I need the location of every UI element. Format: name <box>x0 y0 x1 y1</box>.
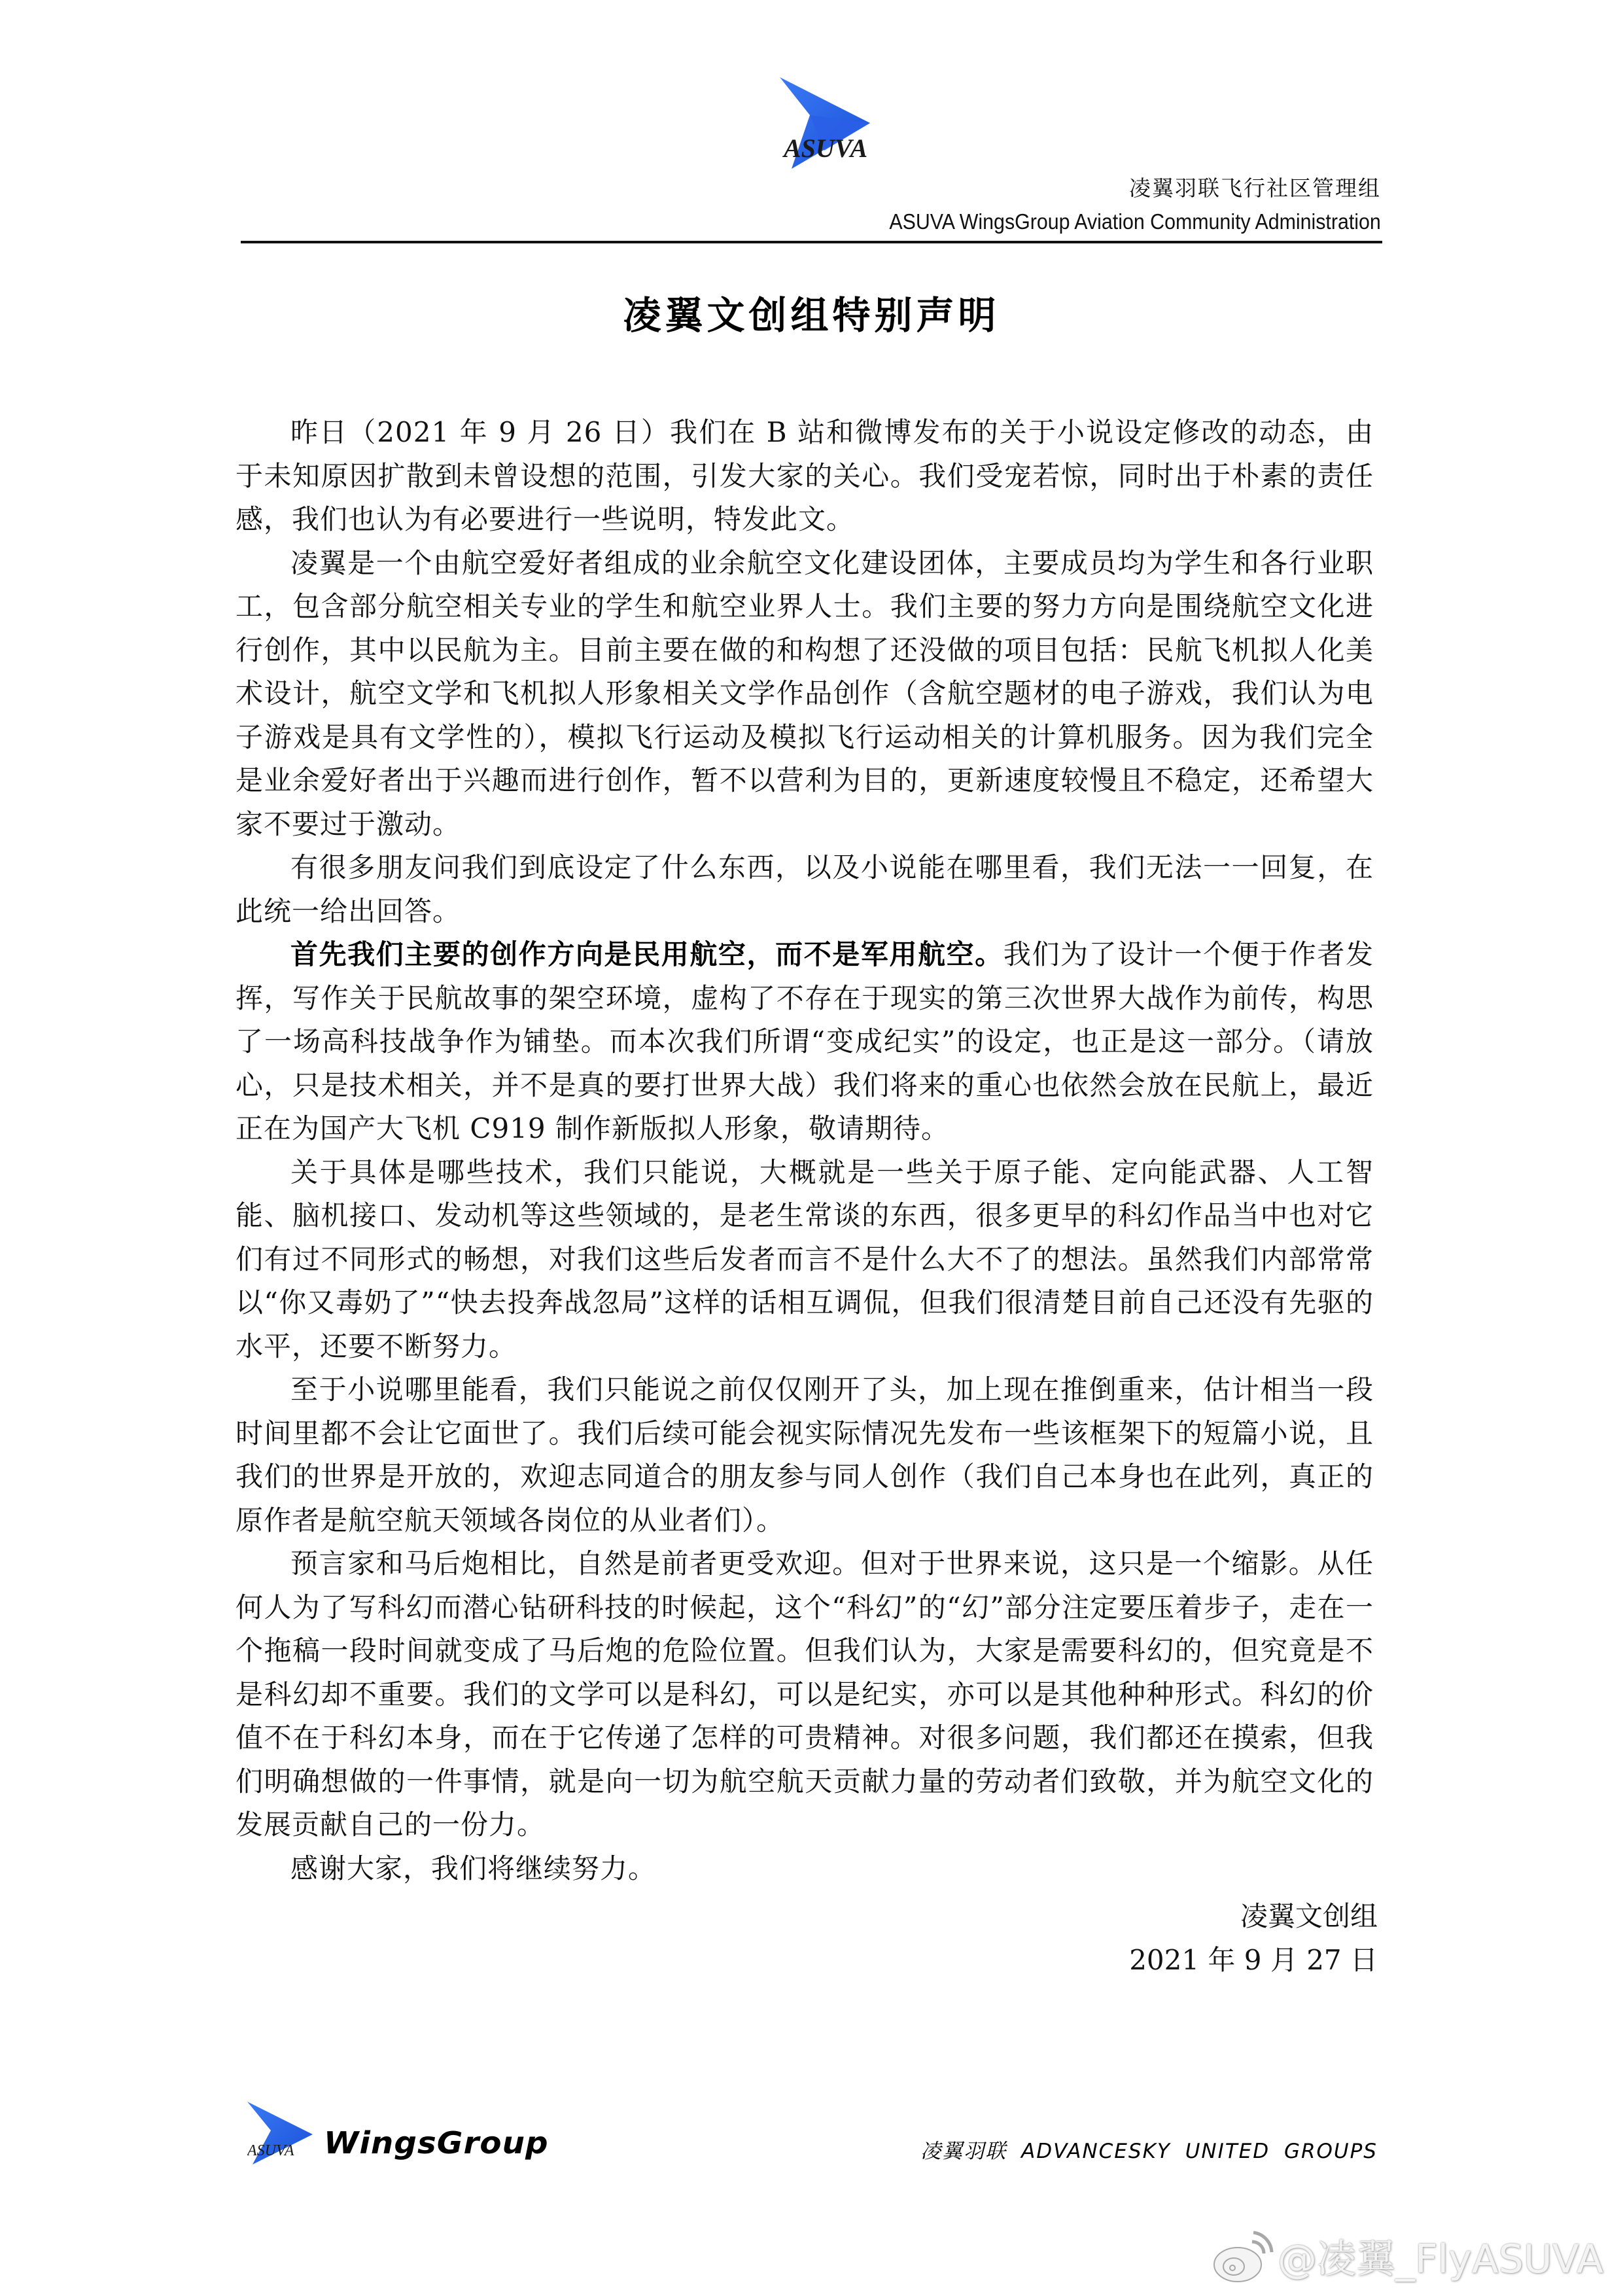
watermark-handle: @凌翼_FlyASUVA <box>1278 2228 1603 2284</box>
document-title: 凌翼文创组特别声明 <box>0 285 1623 340</box>
wingsgroup-wordmark: WingsGroup <box>324 2125 549 2161</box>
signature-author: 凌翼文创组 <box>1129 1894 1378 1938</box>
paragraph-6: 至于小说哪里能看，我们只能说之前仅仅刚开了头，加上现在推倒重来，估计相当一段时间… <box>236 1368 1374 1542</box>
paragraph-text: 感谢大家，我们将继续努力。 <box>290 1852 656 1884</box>
header-divider <box>241 241 1382 243</box>
paragraph-text: 昨日（2021 年 9 月 26 日）我们在 B 站和微博发布的关于小说设定修改… <box>236 416 1374 535</box>
paragraph-text: 有很多朋友问我们到底设定了什么东西，以及小说能在哪里看，我们无法一一回复，在此统… <box>236 851 1374 927</box>
paper-plane-logo-icon: ASUVA <box>759 72 883 170</box>
document-body: 昨日（2021 年 9 月 26 日）我们在 B 站和微博发布的关于小说设定修改… <box>236 411 1374 1890</box>
asuva-logo: ASUVA <box>759 72 883 170</box>
paragraph-8: 感谢大家，我们将继续努力。 <box>236 1847 1374 1891</box>
paragraph-5: 关于具体是哪些技术，我们只能说，大概就是一些关于原子能、定向能武器、人工智能、脑… <box>236 1151 1374 1369</box>
paragraph-text: 至于小说哪里能看，我们只能说之前仅仅刚开了头，加上现在推倒重来，估计相当一段时间… <box>236 1373 1374 1536</box>
paragraph-7: 预言家和马后炮相比，自然是前者更受欢迎。但对于世界来说，这只是一个缩影。从任何人… <box>236 1542 1374 1847</box>
signature-date: 2021 年 9 月 27 日 <box>1129 1938 1378 1982</box>
svg-text:ASUVA: ASUVA <box>782 133 867 163</box>
paragraph-text: 预言家和马后炮相比，自然是前者更受欢迎。但对于世界来说，这只是一个缩影。从任何人… <box>236 1547 1374 1841</box>
footer-asuva-logo: ASUVA <box>247 2100 319 2166</box>
footer-org-name: 凌翼羽联 ADVANCESKY UNITED GROUPS <box>920 2134 1378 2164</box>
org-name-cn: 凌翼羽联飞行社区管理组 <box>846 171 1381 205</box>
weibo-icon <box>1212 2229 1274 2284</box>
svg-text:ASUVA: ASUVA <box>247 2142 294 2159</box>
paragraph-3: 有很多朋友问我们到底设定了什么东西，以及小说能在哪里看，我们无法一一回复，在此统… <box>236 846 1374 933</box>
paragraph-4: 首先我们主要的创作方向是民用航空，而不是军用航空。我们为了设计一个便于作者发挥，… <box>236 933 1374 1151</box>
paragraph-text: 凌翼是一个由航空爱好者组成的业余航空文化建设团体，主要成员均为学生和各行业职工，… <box>236 547 1374 840</box>
org-header: 凌翼羽联飞行社区管理组 ASUVA WingsGroup Aviation Co… <box>846 171 1381 238</box>
paragraph-text: 关于具体是哪些技术，我们只能说，大概就是一些关于原子能、定向能武器、人工智能、脑… <box>236 1156 1374 1362</box>
org-name-en: ASUVA WingsGroup Aviation Community Admi… <box>890 205 1381 238</box>
weibo-watermark: @凌翼_FlyASUVA <box>1212 2228 1603 2284</box>
bold-emphasis: 首先我们主要的创作方向是民用航空，而不是军用航空。 <box>290 938 1003 970</box>
paragraph-2: 凌翼是一个由航空爱好者组成的业余航空文化建设团体，主要成员均为学生和各行业职工，… <box>236 542 1374 847</box>
paper-plane-logo-icon: ASUVA <box>247 2100 319 2166</box>
signature-block: 凌翼文创组 2021 年 9 月 27 日 <box>1129 1894 1378 1982</box>
paragraph-1: 昨日（2021 年 9 月 26 日）我们在 B 站和微博发布的关于小说设定修改… <box>236 411 1374 542</box>
